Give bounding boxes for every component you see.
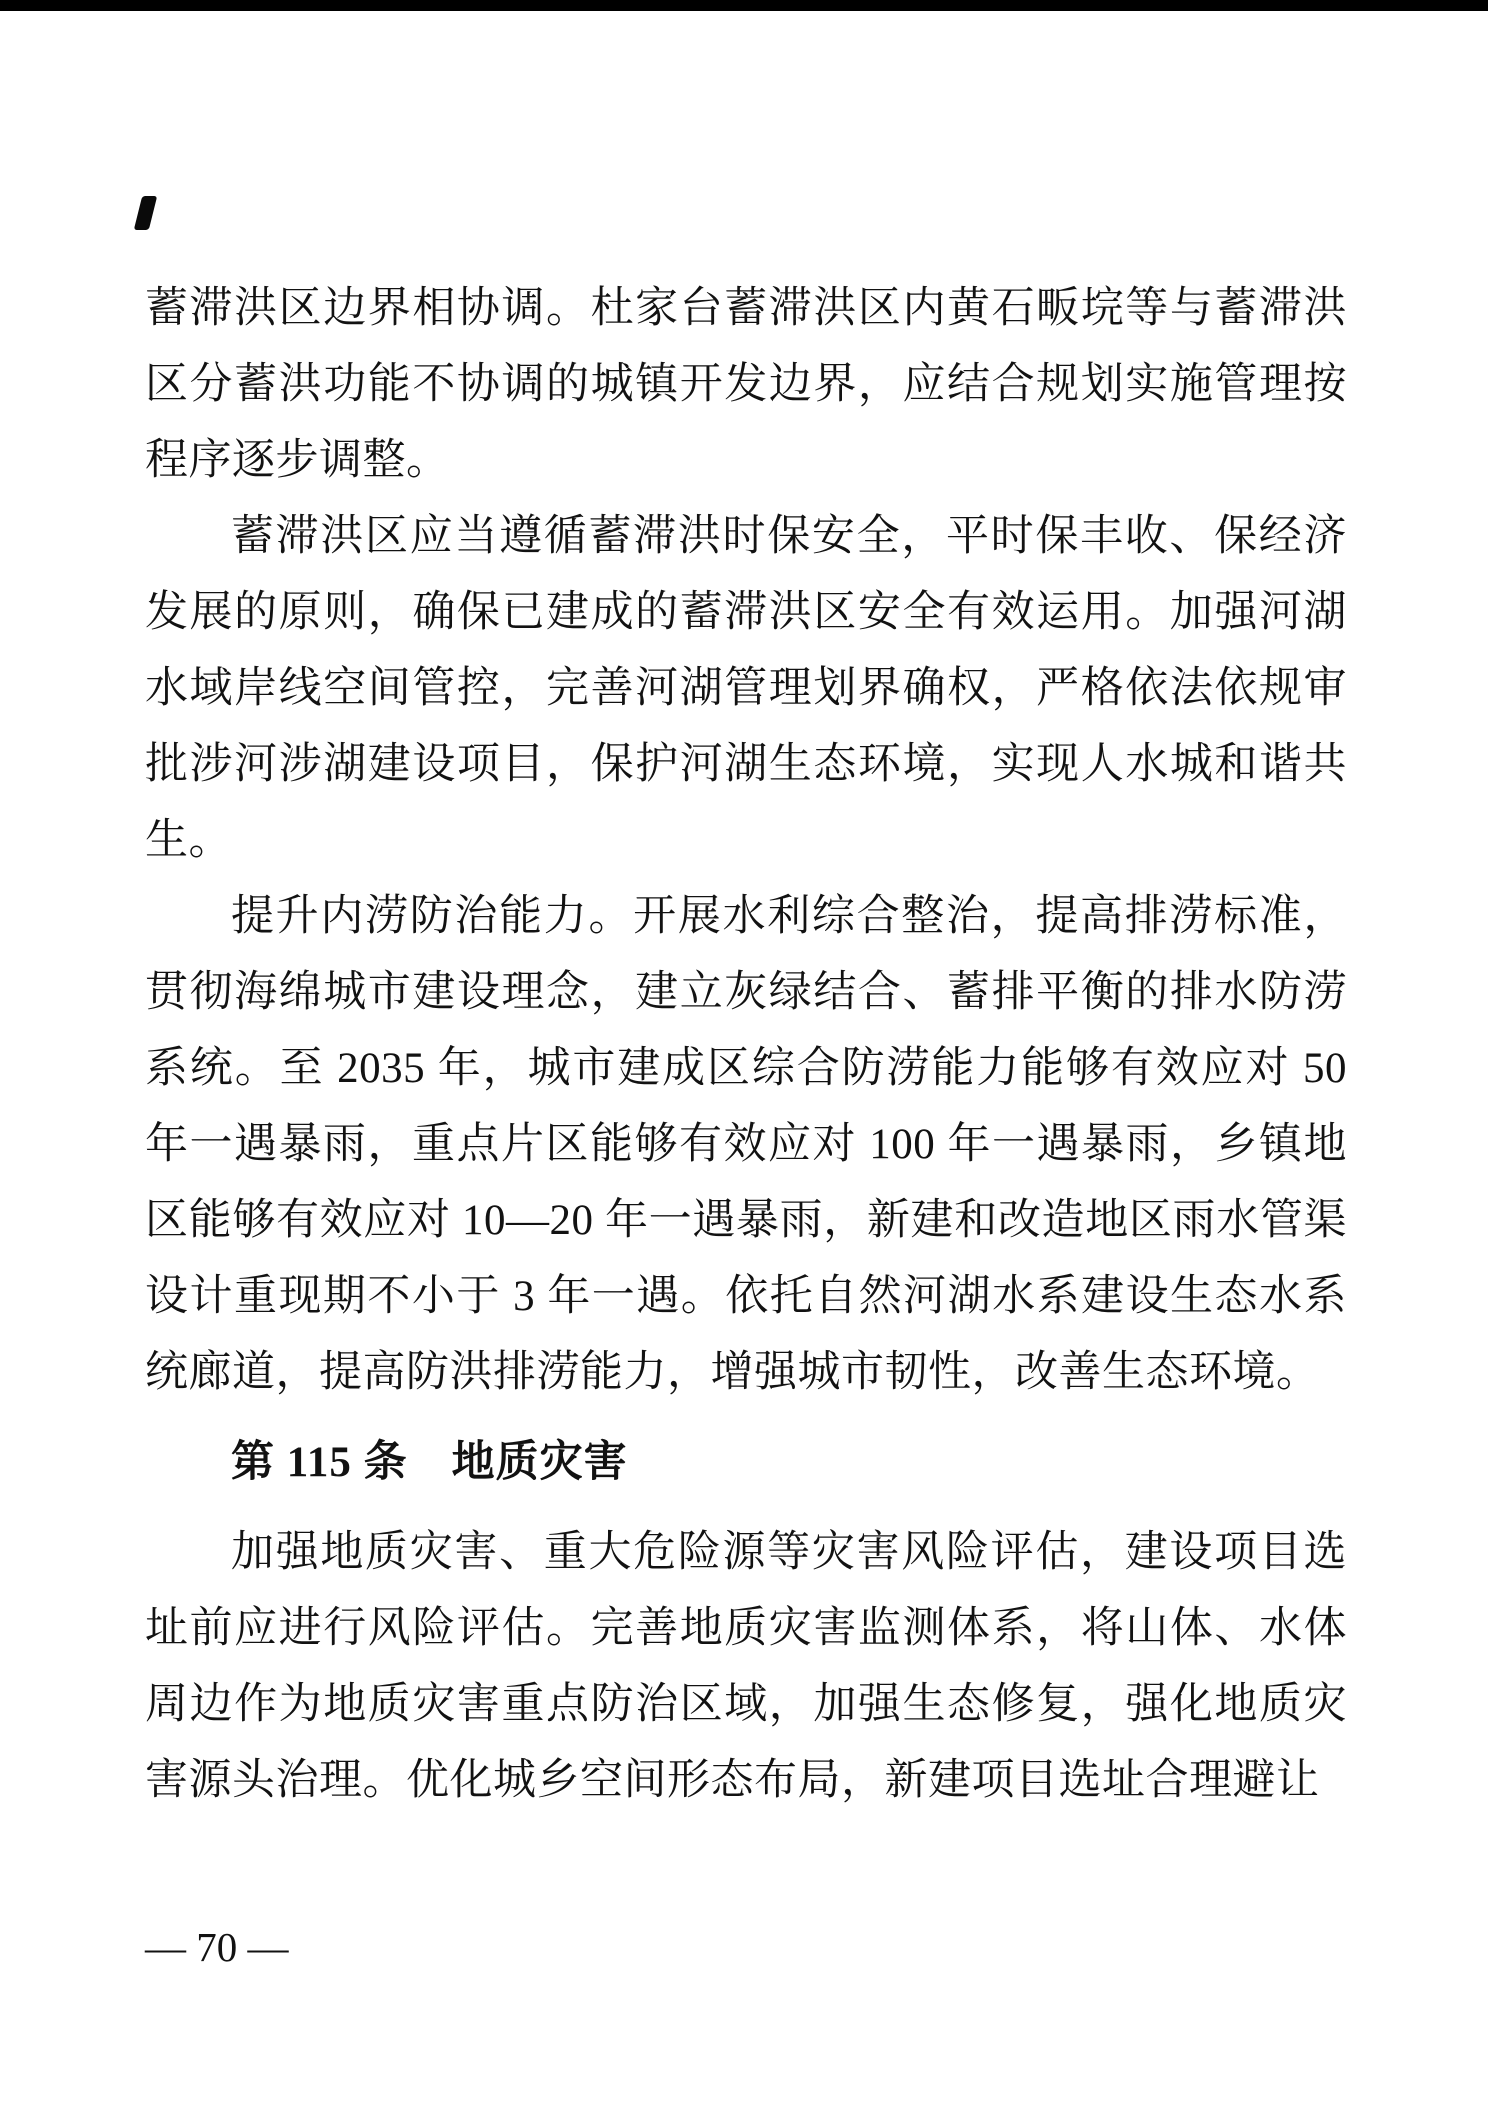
- page-number: — 70 —: [145, 1922, 289, 1972]
- paragraph-waterlogging-control: 提升内涝防治能力。开展水利综合整治，提高排涝标准，贯彻海绵城市建设理念，建立灰绿…: [145, 879, 1347, 1411]
- paragraph-geological-hazard-prevention: 加强地质灾害、重大危险源等灾害风险评估，建设项目选址前应进行风险评估。完善地质灾…: [145, 1515, 1347, 1819]
- article-heading-115-geological-hazards: 第 115 条 地质灾害: [145, 1425, 1347, 1501]
- paragraph-flood-storage-principles: 蓄滞洪区应当遵循蓄滞洪时保安全，平时保丰收、保经济发展的原则，确保已建成的蓄滞洪…: [145, 499, 1347, 879]
- scan-smudge-artifact: [134, 196, 157, 230]
- paragraph-flood-boundary: 蓄滞洪区边界相协调。杜家台蓄滞洪区内黄石畈垸等与蓄滞洪区分蓄洪功能不协调的城镇开…: [145, 271, 1347, 499]
- page-body: 蓄滞洪区边界相协调。杜家台蓄滞洪区内黄石畈垸等与蓄滞洪区分蓄洪功能不协调的城镇开…: [145, 271, 1347, 1819]
- document-page: 蓄滞洪区边界相协调。杜家台蓄滞洪区内黄石畈垸等与蓄滞洪区分蓄洪功能不协调的城镇开…: [0, 0, 1488, 2104]
- scan-edge-artifact: [0, 0, 1488, 11]
